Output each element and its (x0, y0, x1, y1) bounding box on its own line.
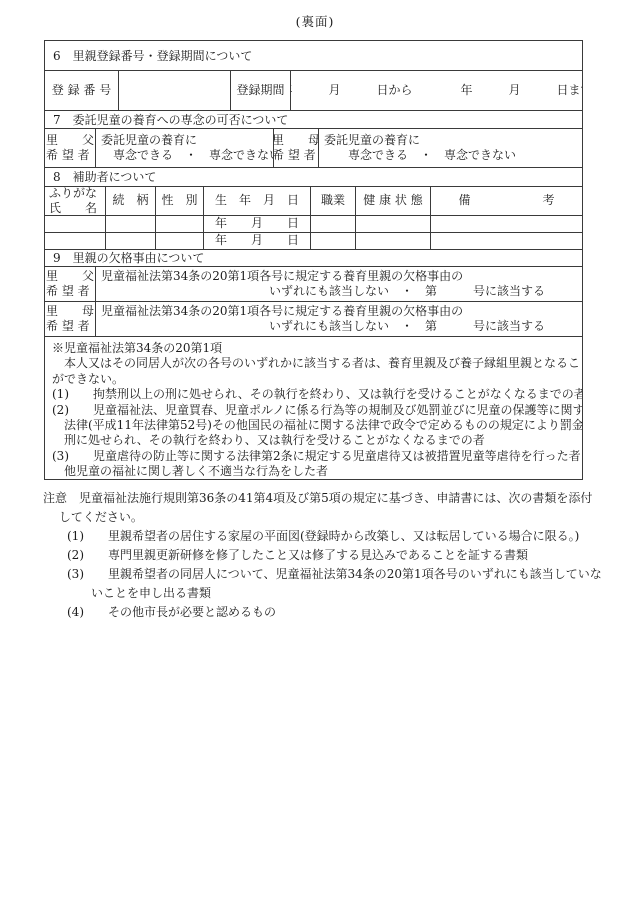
helper-sex-cell (156, 216, 204, 232)
attachment-notice: 注意 児童福祉法施行規則第36条の41第4項及び第5項の規定に基づき、申請書には… (43, 489, 603, 622)
helper-remarks-cell (431, 216, 582, 232)
helper-birthdate-cell: 年 月 日 (204, 233, 311, 249)
helper-row-1: 年 月 日 (45, 216, 582, 233)
mother-dedication-options: 委託児童の養育に 専念できる ・ 専念できない (319, 129, 582, 167)
col-header-occupation: 職業 (311, 187, 356, 215)
section6-title: 6 里親登録番号・登録期間について (45, 41, 582, 70)
section8-title: 8 補助者について (45, 168, 582, 186)
section7-title: 7 委託児童の養育への専念の可否について (45, 111, 582, 128)
helper-health-cell (356, 216, 431, 232)
registration-number-field (119, 71, 231, 110)
section9-title-row: 9 里親の欠格事由について (45, 250, 582, 267)
foster-parent-form-table: 6 里親登録番号・登録期間について 登 録 番 号 登録期間 年 月 日から 年… (44, 40, 583, 480)
col-header-health: 健 康 状 態 (356, 187, 431, 215)
helper-name-cell (45, 233, 106, 249)
foster-mother-label: 里 母 希 望 者 (274, 129, 319, 167)
helper-row-2: 年 月 日 (45, 233, 582, 250)
foster-father-label: 里 父 希 望 者 (45, 267, 96, 301)
col-header-remarks: 備 考 (431, 187, 582, 215)
form-back-page: (裏面) 6 里親登録番号・登録期間について 登 録 番 号 登録期間 年 月 … (0, 0, 630, 903)
helper-relation-cell (106, 216, 156, 232)
legal-note-row: ※児童福祉法第34条の20第1項 本人又はその同居人が次の各号のいずれかに該当す… (45, 337, 582, 479)
dedication-row: 里 父 希 望 者 委託児童の養育に 専念できる ・ 専念できない 里 母 希 … (45, 129, 582, 168)
helper-occupation-cell (311, 233, 356, 249)
disqualification-mother-row: 里 母 希 望 者 児童福祉法第34条の20第1項各号に規定する養育里親の欠格事… (45, 302, 582, 337)
registration-number-label: 登 録 番 号 (45, 71, 119, 110)
section9-title: 9 里親の欠格事由について (45, 250, 582, 266)
col-header-relation: 続 柄 (106, 187, 156, 215)
helper-sex-cell (156, 233, 204, 249)
registration-period-label: 登録期間 (231, 71, 291, 110)
col-header-birthdate: 生 年 月 日 (204, 187, 311, 215)
helper-table-header-row: ふりがな 氏 名 続 柄 性 別 生 年 月 日 職業 健 康 状 態 備 考 (45, 187, 582, 216)
father-dedication-options: 委託児童の養育に 専念できる ・ 専念できない (96, 129, 274, 167)
mother-disqualification-options: 児童福祉法第34条の20第1項各号に規定する養育里親の欠格事由の いずれにも該当… (96, 302, 582, 336)
helper-remarks-cell (431, 233, 582, 249)
foster-mother-label: 里 母 希 望 者 (45, 302, 96, 336)
registration-row: 登 録 番 号 登録期間 年 月 日から 年 月 日まで (45, 71, 582, 111)
section6-title-row: 6 里親登録番号・登録期間について (45, 41, 582, 71)
helper-name-cell (45, 216, 106, 232)
col-header-name: ふりがな 氏 名 (45, 187, 106, 215)
foster-father-label: 里 父 希 望 者 (45, 129, 96, 167)
disqualification-father-row: 里 父 希 望 者 児童福祉法第34条の20第1項各号に規定する養育里親の欠格事… (45, 267, 582, 302)
helper-health-cell (356, 233, 431, 249)
legal-note-text: ※児童福祉法第34条の20第1項 本人又はその同居人が次の各号のいずれかに該当す… (45, 337, 582, 479)
section7-title-row: 7 委託児童の養育への専念の可否について (45, 111, 582, 129)
helper-occupation-cell (311, 216, 356, 232)
section8-title-row: 8 補助者について (45, 168, 582, 187)
father-disqualification-options: 児童福祉法第34条の20第1項各号に規定する養育里親の欠格事由の いずれにも該当… (96, 267, 582, 301)
col-header-sex: 性 別 (156, 187, 204, 215)
helper-relation-cell (106, 233, 156, 249)
registration-period-field: 年 月 日から 年 月 日まで (291, 71, 582, 110)
helper-birthdate-cell: 年 月 日 (204, 216, 311, 232)
page-side-label: (裏面) (0, 12, 630, 30)
